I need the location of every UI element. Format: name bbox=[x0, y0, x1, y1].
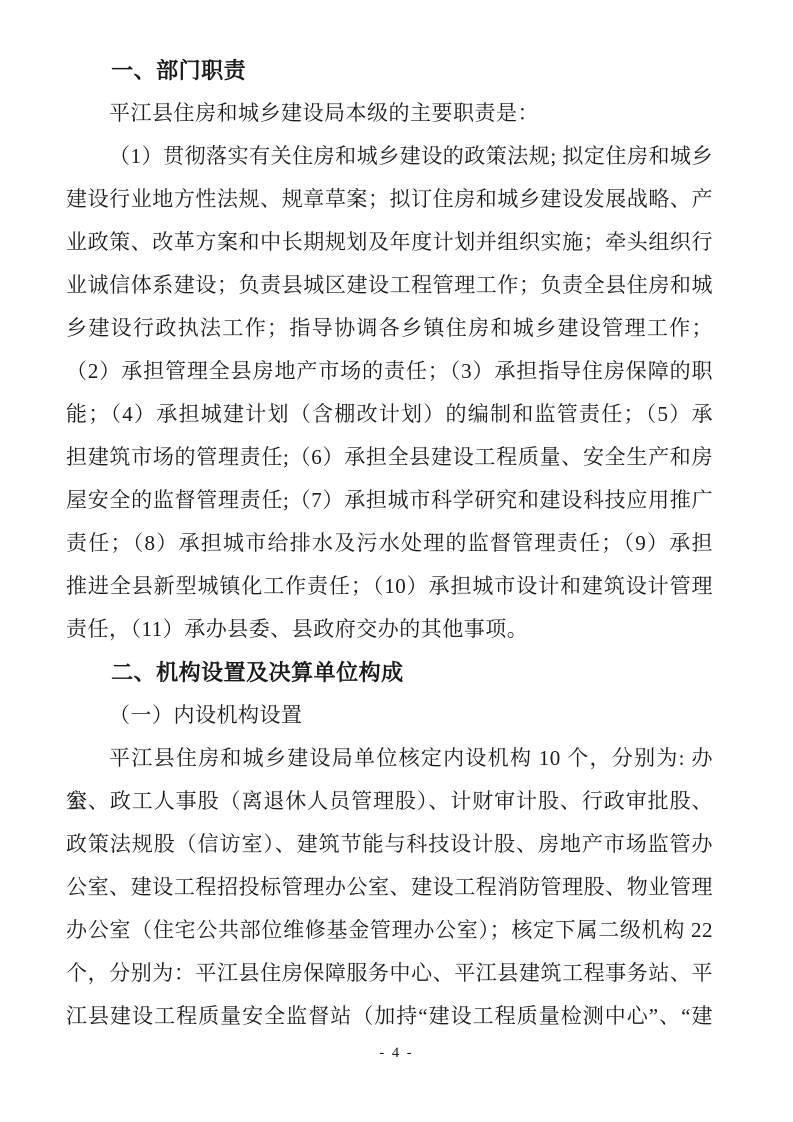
text-line: 室、政工人事股（离退休人员管理股）、计财审计股、行政审批股、 bbox=[66, 780, 713, 823]
text-line: （1）贯彻落实有关住房和城乡建设的政策法规; 拟定住房和城乡 bbox=[66, 135, 713, 178]
document-page: 一、部门职责 平江县住房和城乡建设局本级的主要职责是： （1）贯彻落实有关住房和… bbox=[0, 0, 793, 1122]
text-line: （2）承担管理全县房地产市场的责任；（3）承担指导住房保障的职 bbox=[66, 350, 713, 393]
text-line: 公室、建设工程招投标管理办公室、建设工程消防管理股、物业管理 bbox=[66, 866, 713, 909]
text-line: 平江县住房和城乡建设局单位核定内设机构 10 个，分别为: 办公 bbox=[66, 737, 713, 780]
text-line: 推进全县新型城镇化工作责任；（10）承担城市设计和建筑设计管理 bbox=[66, 565, 713, 608]
text-line: 建设行业地方性法规、规章草案；拟订住房和城乡建设发展战略、产 bbox=[66, 178, 713, 221]
text-line: 能；（4）承担城建计划（含棚改计划）的编制和监管责任；（5）承 bbox=[66, 393, 713, 436]
text-line: 乡建设行政执法工作；指导协调各乡镇住房和城乡建设管理工作； bbox=[66, 307, 713, 350]
text-line: 业政策、改革方案和中长期规划及年度计划并组织实施；牵头组织行 bbox=[66, 221, 713, 264]
subsection-heading: （一）内设机构设置 bbox=[66, 694, 713, 737]
text-line: 平江县住房和城乡建设局本级的主要职责是： bbox=[66, 92, 713, 135]
page-number: - 4 - bbox=[0, 1045, 793, 1062]
text-line: 个，分别为：平江县住房保障服务中心、平江县建筑工程事务站、平 bbox=[66, 952, 713, 995]
text-line: 担建筑市场的管理责任;（6）承担全县建设工程质量、安全生产和房 bbox=[66, 436, 713, 479]
text-line: 业诚信体系建设；负责县城区建设工程管理工作；负责全县住房和城 bbox=[66, 264, 713, 307]
text-line: 办公室（住宅公共部位维修基金管理办公室）；核定下属二级机构 22 bbox=[66, 909, 713, 952]
text-line: 责任；（8）承担城市给排水及污水处理的监督管理责任；（9）承担 bbox=[66, 522, 713, 565]
text-line: 屋安全的监督管理责任;（7）承担城市科学研究和建设科技应用推广 bbox=[66, 479, 713, 522]
text-line: 责任，（11）承办县委、县政府交办的其他事项。 bbox=[66, 608, 713, 651]
section-heading-2: 二、机构设置及决算单位构成 bbox=[66, 651, 713, 694]
text-line: 政策法规股（信访室）、建筑节能与科技设计股、房地产市场监管办 bbox=[66, 823, 713, 866]
text-line: 江县建设工程质量安全监督站（加持“建设工程质量检测中心”、“建 bbox=[66, 995, 713, 1038]
section-heading-1: 一、部门职责 bbox=[66, 49, 713, 92]
